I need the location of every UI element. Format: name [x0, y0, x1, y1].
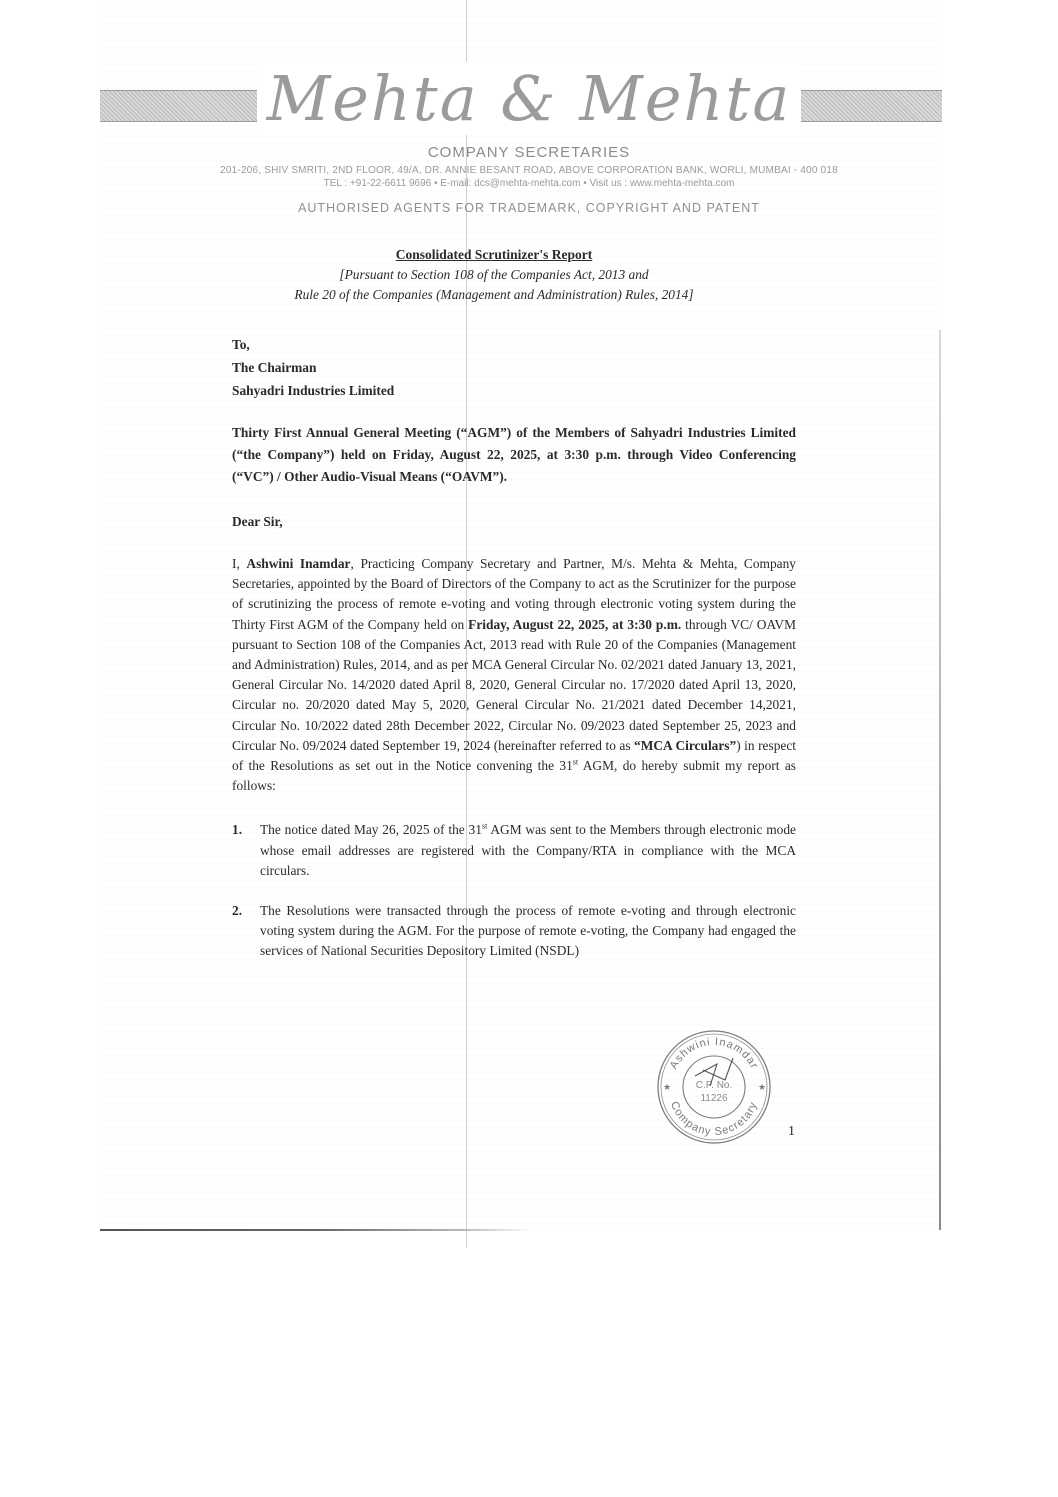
svg-text:★: ★	[663, 1083, 671, 1093]
report-subtitle-line2: Rule 20 of the Companies (Management and…	[192, 285, 796, 305]
footer-rule	[100, 1229, 530, 1231]
report-title: Consolidated Scrutinizer's Report	[192, 245, 796, 265]
list-item: 1. The notice dated May 26, 2025 of the …	[232, 820, 796, 881]
subject-line: Thirty First Annual General Meeting (“AG…	[232, 422, 796, 488]
svg-text:11226: 11226	[700, 1093, 728, 1104]
addressee-designation: The Chairman	[232, 356, 796, 379]
scan-edge-line	[939, 330, 941, 1230]
company-secretary-seal: Ashwini Inamdar Company Secretary ★ ★ C.…	[655, 1028, 773, 1146]
firm-title: COMPANY SECRETARIES	[0, 144, 1058, 161]
salutation: Dear Sir,	[232, 512, 796, 532]
report-points: 1. The notice dated May 26, 2025 of the …	[232, 820, 796, 961]
firm-contact: TEL : +91-22-6611 9696 • E-mail: dcs@meh…	[0, 178, 1058, 189]
list-text: The Resolutions were transacted through …	[260, 901, 796, 962]
mca-circulars-term: “MCA Circulars”	[634, 738, 736, 753]
report-subtitle-line1: [Pursuant to Section 108 of the Companie…	[192, 265, 796, 285]
firm-address: 201-206, SHIV SMRITI, 2ND FLOOR, 49/A, D…	[0, 165, 1058, 176]
svg-text:★: ★	[758, 1083, 766, 1093]
list-number: 1.	[232, 820, 260, 881]
addressee-block: To, The Chairman Sahyadri Industries Lim…	[232, 333, 796, 402]
intro-text: through VC/ OAVM pursuant to Section 108…	[232, 617, 796, 753]
list-item: 2. The Resolutions were transacted throu…	[232, 901, 796, 962]
document-page: Mehta & Mehta COMPANY SECRETARIES 201-20…	[0, 0, 1058, 1497]
report-body: Consolidated Scrutinizer's Report [Pursu…	[232, 245, 796, 982]
list-text-part: The notice dated May 26, 2025 of the 31	[260, 822, 482, 837]
seal-stamp-icon: Ashwini Inamdar Company Secretary ★ ★ C.…	[655, 1028, 773, 1146]
scrutinizer-name: Ashwini Inamdar	[246, 556, 350, 571]
addressee-to: To,	[232, 333, 796, 356]
meeting-datetime: Friday, August 22, 2025, at 3:30 p.m.	[468, 617, 681, 632]
svg-text:C.P. No.: C.P. No.	[696, 1080, 733, 1091]
firm-agents-line: AUTHORISED AGENTS FOR TRADEMARK, COPYRIG…	[0, 201, 1058, 215]
firm-name: Mehta & Mehta	[257, 62, 802, 135]
intro-text: I,	[232, 556, 246, 571]
page-number: 1	[788, 1124, 795, 1140]
list-text-part: The Resolutions were transacted through …	[260, 903, 796, 958]
list-number: 2.	[232, 901, 260, 962]
addressee-company: Sahyadri Industries Limited	[232, 379, 796, 402]
firm-logo: Mehta & Mehta	[0, 64, 1058, 134]
intro-paragraph: I, Ashwini Inamdar, Practicing Company S…	[232, 554, 796, 796]
list-text: The notice dated May 26, 2025 of the 31s…	[260, 820, 796, 881]
